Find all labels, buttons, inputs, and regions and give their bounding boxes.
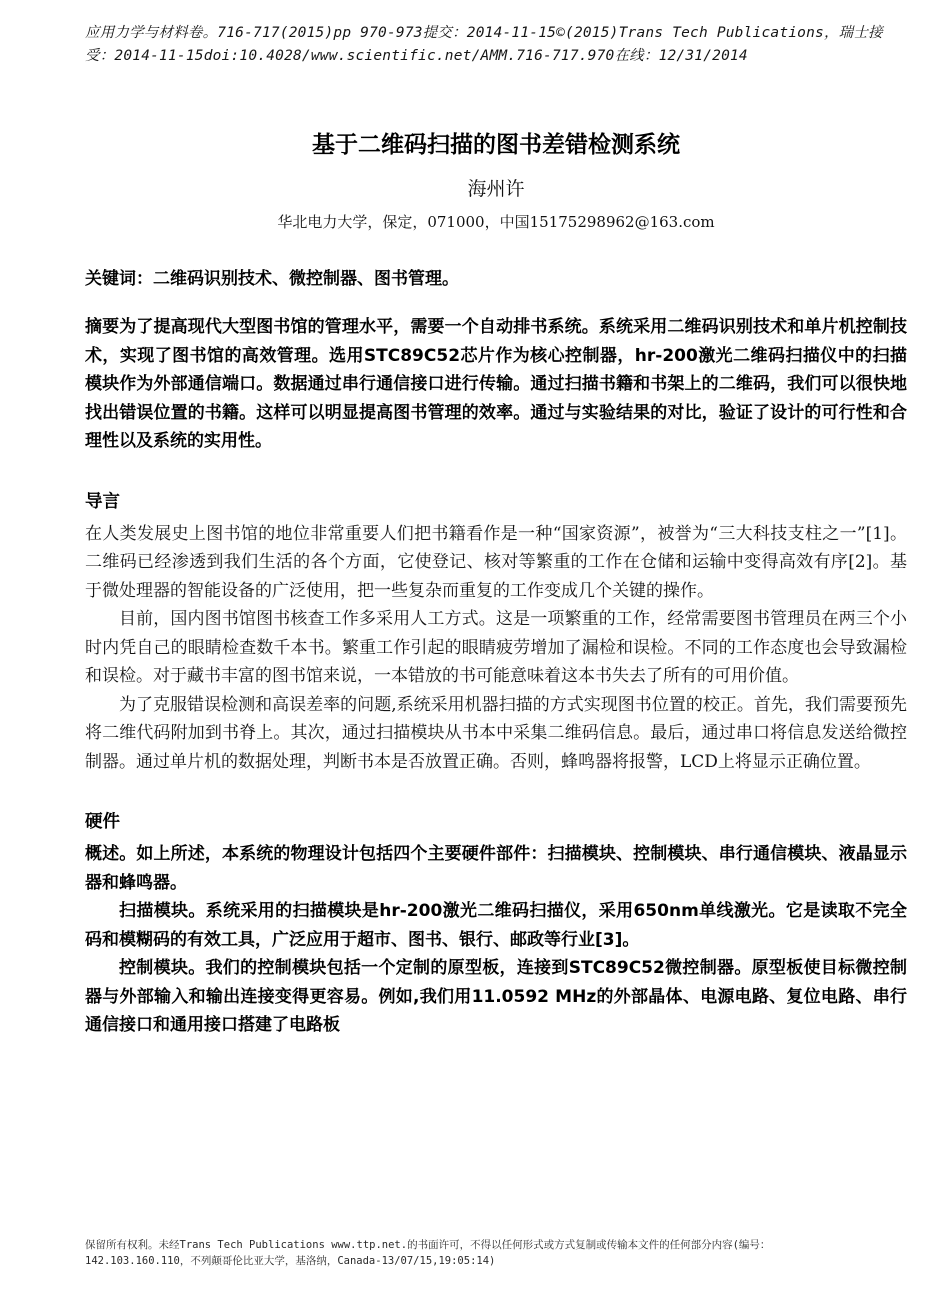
section-heading: 硬件	[85, 810, 907, 834]
author-name: 海州许	[85, 177, 907, 201]
body-paragraph: 在人类发展史上图书馆的地位非常重要人们把书籍看作是一种“国家资源”，被誉为“三大…	[85, 520, 907, 606]
section-heading: 导言	[85, 490, 907, 514]
copyright-footer-line-1: 保留所有权利。未经Trans Tech Publications www.ttp…	[85, 1237, 865, 1253]
body-paragraph: 目前，国内图书馆图书核查工作多采用人工方式。这是一项繁重的工作，经常需要图书管理…	[85, 605, 907, 691]
journal-citation-line-2: 受：2014-11-15doi:10.4028/www.scientific.n…	[85, 45, 907, 68]
body-paragraph: 概述。如上所述，本系统的物理设计包括四个主要硬件部件：扫描模块、控制模块、串行通…	[85, 840, 907, 897]
author-affiliation: 华北电力大学，保定，071000，中国15175298962@163.com	[85, 212, 907, 232]
keywords-line: 关键词：二维码识别技术、微控制器、图书管理。	[85, 265, 907, 293]
body-paragraph: 为了克服错误检测和高误差率的问题,系统采用机器扫描的方式实现图书位置的校正。首先…	[85, 691, 907, 777]
copyright-footer-line-2: 142.103.160.110，不列颠哥伦比亚大学，基洛纳，Canada-13/…	[85, 1253, 865, 1269]
journal-citation-header: 应用力学与材料卷。716-717(2015)pp 970-973提交：2014-…	[85, 22, 907, 68]
page-content: 应用力学与材料卷。716-717(2015)pp 970-973提交：2014-…	[85, 22, 907, 1040]
paper-title: 基于二维码扫描的图书差错检测系统	[85, 130, 907, 160]
body-paragraph: 控制模块。我们的控制模块包括一个定制的原型板，连接到STC89C52微控制器。原…	[85, 954, 907, 1040]
abstract-paragraph: 摘要为了提高现代大型图书馆的管理水平，需要一个自动排书系统。系统采用二维码识别技…	[85, 313, 907, 456]
journal-citation-line-1: 应用力学与材料卷。716-717(2015)pp 970-973提交：2014-…	[85, 22, 907, 45]
paper-page: { "journal_header": { "lines": [ "应用力学与材…	[0, 0, 925, 1309]
copyright-footer: 保留所有权利。未经Trans Tech Publications www.ttp…	[85, 1237, 865, 1269]
body-paragraph: 扫描模块。系统采用的扫描模块是hr-200激光二维码扫描仪，采用650nm单线激…	[85, 897, 907, 954]
sections-container: 导言在人类发展史上图书馆的地位非常重要人们把书籍看作是一种“国家资源”，被誉为“…	[85, 490, 907, 1040]
